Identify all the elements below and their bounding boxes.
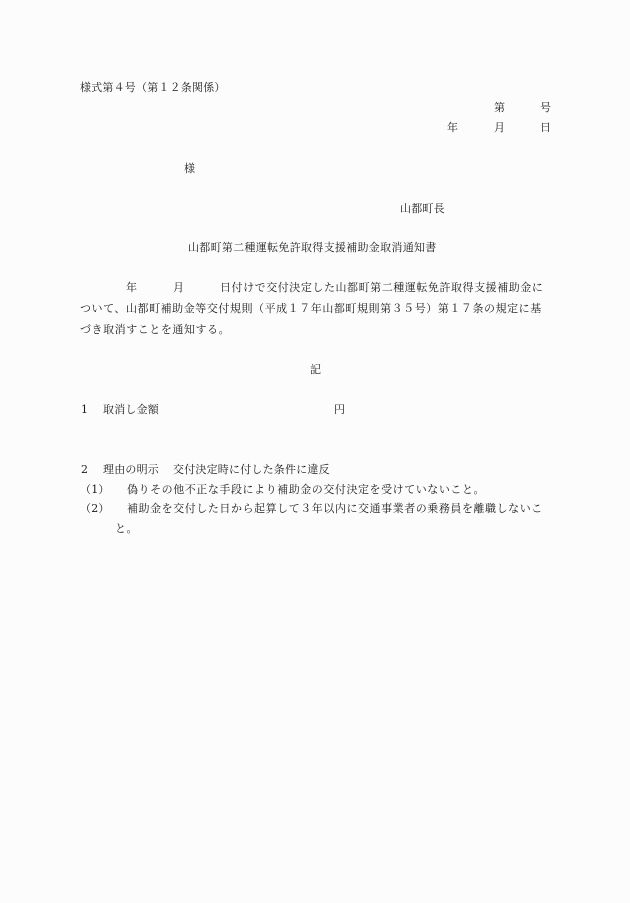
condition-marker: （1） [80, 484, 110, 495]
body-line3: づき取消すことを通知する。 [80, 324, 230, 335]
number-prefix: 第 [494, 102, 505, 113]
body-year: 年 [126, 282, 138, 293]
item-number: 1 [81, 404, 88, 415]
issuer: 山都町長 [400, 203, 445, 214]
body-line1-rest: 日付けで交付決定した山都町第二種運転免許取得支援補助金に [220, 282, 543, 293]
form-label: 様式第４号（第１２条関係） [80, 82, 226, 93]
date-day: 日 [540, 122, 551, 133]
item-text: 交付決定時に付した条件に違反 [173, 464, 330, 475]
item-number: 2 [81, 464, 88, 475]
body-line2: ついて、山都町補助金等交付規則（平成１７年山都町規則第３５号）第１７条の規定に基 [80, 303, 542, 314]
document-title: 山都町第二種運転免許取得支援補助金取消通知書 [188, 242, 437, 253]
condition-text: 偽りその他不正な手段により補助金の交付決定を受けていないこと。 [127, 484, 485, 495]
ki-heading: 記 [310, 364, 321, 375]
item-unit: 円 [334, 404, 345, 415]
addressee-suffix: 様 [184, 163, 195, 174]
condition-continuation: と。 [115, 523, 138, 534]
date-month: 月 [494, 122, 505, 133]
condition-text: 補助金を交付した日から起算して３年以内に交通事業者の乗務員を離職しないこ [127, 503, 543, 514]
condition-marker: （2） [80, 503, 110, 514]
item-label: 理由の明示 [103, 464, 159, 475]
number-suffix: 号 [540, 102, 551, 113]
body-month: 月 [173, 282, 185, 293]
item-label: 取消し金額 [103, 404, 159, 415]
date-year: 年 [447, 122, 458, 133]
